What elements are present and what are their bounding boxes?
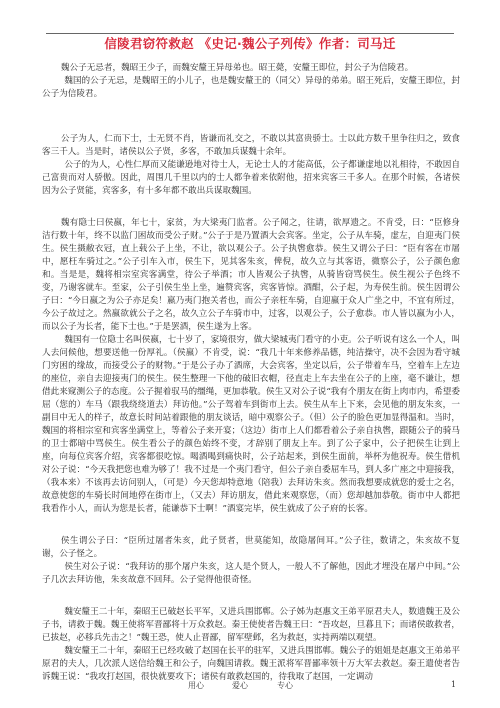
page-number: 1	[451, 680, 456, 689]
section-3-translation: 魏国有一位隐士名叫侯嬴，七十岁了，家境很穷，做大梁城夷门看守的小吏。公子听说有这…	[42, 334, 460, 516]
header-rule	[46, 33, 454, 34]
footer-motto-1: 用心	[188, 680, 204, 691]
footer-motto-2: 爱心	[232, 680, 248, 691]
section-4-translation: 侯生对公子说：“我拜访的那个屠户朱亥，这人是个贤人，一般人不了解他，因此才埋没在…	[42, 561, 460, 587]
document-body: 魏公子无忌者，魏昭王少子，而魏安釐王异母弟也。昭王薨，安釐王即位，封公子为信陵君…	[42, 62, 460, 684]
section-1-translation: 魏国的公子无忌，是魏昭王的小儿子，也是魏安釐王的（同父）异母的弟弟。昭王死后，安…	[42, 75, 460, 101]
document-title: 信陵君窃符救赵 《史记·魏公子列传》作者：司马迁	[0, 36, 500, 52]
section-2-original: 公子为人，仁而下士，士无贤不肖，皆谦而礼交之，不敢以其富贵骄士。士以此方数千里争…	[42, 133, 460, 159]
section-2-translation: 公子的为人，心性仁厚而又能谦逊地对待士人，无论士人的才能高低，公子都谦虚地以礼相…	[42, 159, 460, 198]
section-4-original: 侯生谓公子曰：“臣所过屠者朱亥，此子贤者，世莫能知，故隐屠间耳。”公子往，数请之…	[42, 535, 460, 561]
section-3-original: 魏有隐士曰侯嬴，年七十，家贫，为大梁夷门监者。公子闻之，往请，欲厚遗之。不肯受，…	[42, 217, 460, 334]
section-5-translation: 魏安釐王二十年，秦昭王已经攻破了赵国在长平的驻军，又进兵围邯郸。魏公子的姐姐是赵…	[42, 645, 460, 684]
section-5-original: 魏安釐王二十年，秦昭王已破赵长平军，又进兵围邯郸。公子姊为赵惠文王弟平原君夫人，…	[42, 606, 460, 645]
section-1-original: 魏公子无忌者，魏昭王少子，而魏安釐王异母弟也。昭王薨，安釐王即位，封公子为信陵君…	[42, 62, 460, 75]
footer-motto-3: 专心	[277, 680, 293, 691]
